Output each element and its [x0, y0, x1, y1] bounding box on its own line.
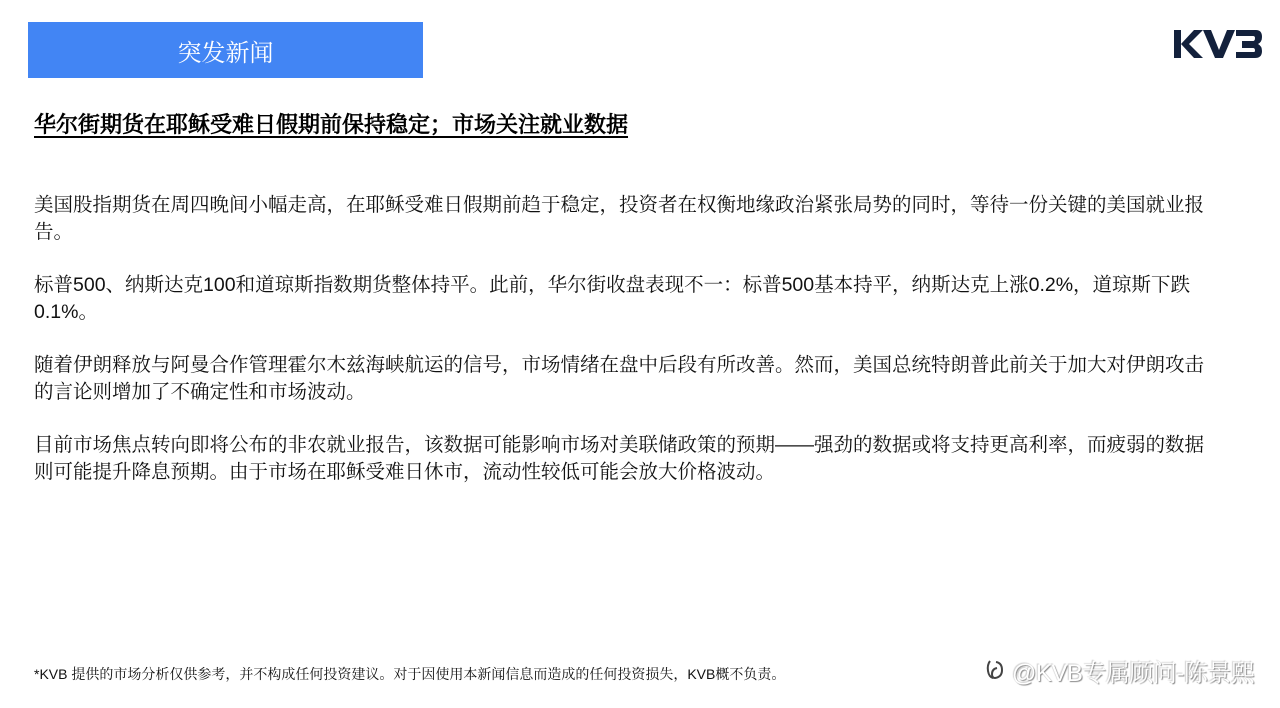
kvb-logo-icon: [1174, 28, 1262, 60]
breaking-news-banner: 突发新闻: [28, 22, 423, 78]
article-paragraph: 标普500、纳斯达克100和道琼斯指数期货整体持平。此前，华尔街收盘表现不一：标…: [34, 272, 1214, 326]
kvb-logo: [1174, 28, 1262, 60]
article-body: 美国股指期货在周四晚间小幅走高，在耶稣受难日假期前趋于稳定，投资者在权衡地缘政治…: [34, 192, 1214, 512]
zhihu-logo-icon: [984, 657, 1006, 683]
article-paragraph: 美国股指期货在周四晚间小幅走高，在耶稣受难日假期前趋于稳定，投资者在权衡地缘政治…: [34, 192, 1214, 246]
disclaimer-text: *KVB 提供的市场分析仅供参考，并不构成任何投资建议。对于因使用本新闻信息而造…: [34, 664, 785, 684]
article-paragraph: 目前市场焦点转向即将公布的非农就业报告，该数据可能影响市场对美联储政策的预期——…: [34, 432, 1214, 486]
banner-label: 突发新闻: [178, 33, 274, 68]
article-headline: 华尔街期货在耶稣受难日假期前保持稳定；市场关注就业数据: [34, 108, 628, 139]
watermark: @KVB专属顾问-陈景熙: [984, 654, 1254, 686]
article-paragraph: 随着伊朗释放与阿曼合作管理霍尔木兹海峡航运的信号，市场情绪在盘中后段有所改善。然…: [34, 352, 1214, 406]
watermark-text: @KVB专属顾问-陈景熙: [1012, 653, 1254, 688]
